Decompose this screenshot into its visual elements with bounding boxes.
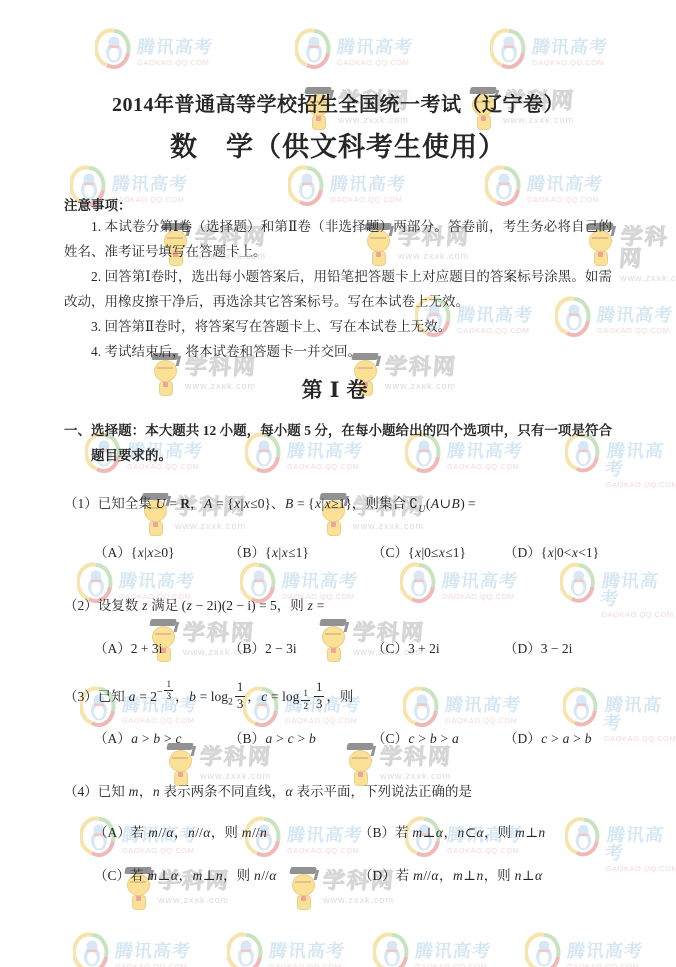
zxxk-watermark-url: www.zxxk.com [158, 896, 230, 905]
question-4-option-c: （C）若 m⊥α，m⊥n，则 n//α [94, 865, 359, 887]
tencent-gaokao-watermark: 腾讯高考GAOKAO.QQ.COM [373, 932, 491, 967]
question-4-option-d: （D）若 m//α，m⊥n，则 n⊥α [359, 865, 612, 887]
exam-content: 2014年普通高等学校招生全国统一考试（辽宁卷） 数 学（供文科考生使用） 注意… [0, 0, 676, 887]
question-1-option-a: （A）{x|x≥0} [94, 542, 229, 564]
question-4-option-b: （B）若 m⊥α，n⊂α，则 m⊥n [359, 822, 612, 844]
exam-paper-page: 腾讯高考GAOKAO.QQ.COM腾讯高考GAOKAO.QQ.COM腾讯高考GA… [0, 0, 676, 967]
question-3-options: （A）a > b > c （B）a > c > b （C）c > b > a （… [94, 728, 612, 750]
tencent-watermark-text: 腾讯高考 [566, 942, 644, 960]
question-1-options: （A）{x|x≥0} （B）{x|x≤1} （C）{x|0≤x≤1} （D）{x… [94, 542, 612, 564]
question-2: （2）设复数 z 满足 (z − 2i)(2 − i) = 5，则 z = （A… [64, 594, 612, 660]
tencent-watermark-url: GAOKAO.QQ.COM [115, 963, 191, 967]
exam-title: 2014年普通高等学校招生全国统一考试（辽宁卷） [64, 88, 612, 117]
notice-item-2: 2. 回答第Ⅰ卷时，选出每小题答案后，用铅笔把答题卡上对应题目的答案标号涂黑。如… [64, 264, 612, 314]
question-1: （1）已知全集 U = R，A = {x|x≤0}、B = {x|x≥1}，则集… [64, 492, 612, 564]
question-2-option-b: （B）2 − 3i [229, 638, 372, 660]
tencent-gaokao-watermark: 腾讯高考GAOKAO.QQ.COM [525, 932, 643, 967]
question-1-option-d: （D）{x|0<x<1} [504, 542, 612, 564]
notice-item-3: 3. 回答第Ⅱ卷时，将答案写在答题卡上、写在本试卷上无效。 [64, 314, 612, 339]
question-4-option-a: （A）若 m//α，n//α，则 m//n [94, 822, 359, 844]
tencent-watermark-text: 腾讯高考 [414, 942, 492, 960]
tencent-gaokao-watermark: 腾讯高考GAOKAO.QQ.COM [227, 932, 345, 967]
notice-section: 注意事项： 1. 本试卷分第Ⅰ卷（选择题）和第Ⅱ卷（非选择题）两部分。答卷前，考… [64, 194, 612, 364]
question-2-option-d: （D）3 − 2i [504, 638, 612, 660]
question-1-option-b: （B）{x|x≤1} [229, 542, 372, 564]
question-2-option-a: （A）2 + 3i [94, 638, 229, 660]
multiple-choice-instruction: 一、选择题：本大题共 12 小题，每小题 5 分，在每小题给出的四个选项中，只有… [64, 418, 612, 468]
question-3-option-d: （D）c > a > b [504, 728, 612, 750]
question-3-option-b: （B）a > c > b [229, 728, 372, 750]
notice-item-4: 4. 考试结束后，将本试卷和答题卡一并交回。 [64, 339, 612, 364]
question-3-option-c: （C）c > b > a [372, 728, 504, 750]
question-4-options: （A）若 m//α，n//α，则 m//n （B）若 m⊥α，n⊂α，则 m⊥n… [94, 822, 612, 887]
question-3: （3）已知 a = 2−13，b = log213，c = log1213，则 … [64, 680, 612, 751]
tencent-gaokao-watermark: 腾讯高考GAOKAO.QQ.COM [73, 932, 191, 967]
question-3-option-a: （A）a > b > c [94, 728, 229, 750]
zxxk-watermark-url: www.zxxk.com [323, 896, 395, 905]
notice-item-1: 1. 本试卷分第Ⅰ卷（选择题）和第Ⅱ卷（非选择题）两部分。答卷前，考生务必将自己… [64, 214, 612, 264]
question-3-stem: （3）已知 a = 2−13，b = log213，c = log1213，则 [64, 680, 612, 715]
tencent-watermark-url: GAOKAO.QQ.COM [269, 963, 345, 967]
question-4-stem: （4）已知 m，n 表示两条不同直线，α 表示平面，下列说法正确的是 [64, 780, 612, 804]
question-2-stem: （2）设复数 z 满足 (z − 2i)(2 − i) = 5，则 z = [64, 594, 612, 618]
question-2-options: （A）2 + 3i （B）2 − 3i （C）3 + 2i （D）3 − 2i [94, 638, 612, 660]
part-one-heading: 第Ⅰ卷 [64, 374, 612, 404]
tencent-watermark-text: 腾讯高考 [114, 942, 192, 960]
tencent-watermark-url: GAOKAO.QQ.COM [415, 963, 491, 967]
tencent-watermark-text: 腾讯高考 [268, 942, 346, 960]
question-1-option-c: （C）{x|0≤x≤1} [372, 542, 504, 564]
question-1-stem: （1）已知全集 U = R，A = {x|x≤0}、B = {x|x≥1}，则集… [64, 492, 612, 522]
notice-heading: 注意事项： [64, 194, 612, 214]
question-4: （4）已知 m，n 表示两条不同直线，α 表示平面，下列说法正确的是 （A）若 … [64, 780, 612, 887]
question-2-option-c: （C）3 + 2i [372, 638, 504, 660]
exam-subtitle: 数 学（供文科考生使用） [64, 125, 612, 164]
tencent-watermark-url: GAOKAO.QQ.COM [567, 963, 643, 967]
